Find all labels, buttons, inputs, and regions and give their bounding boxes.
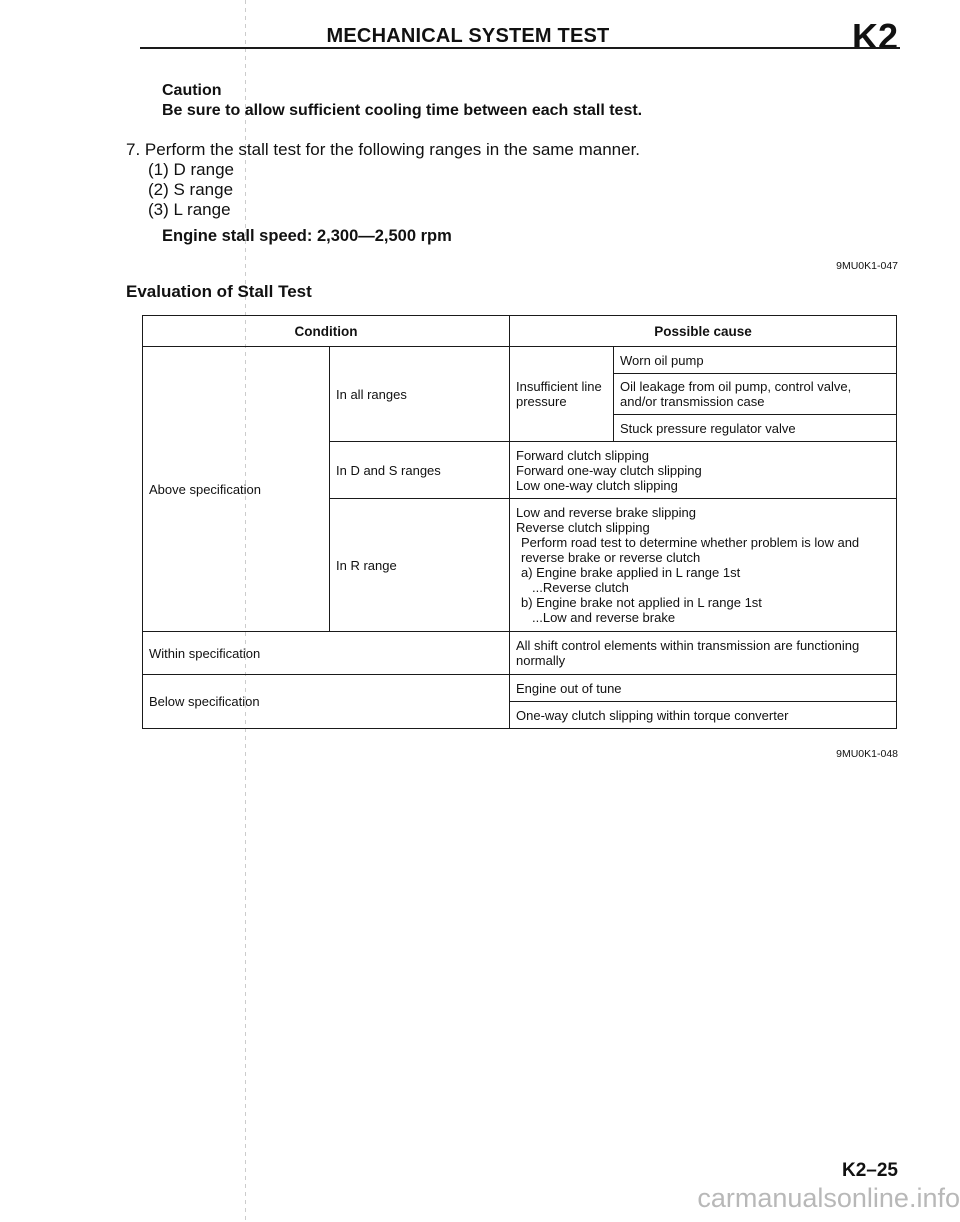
cause-line: a) Engine brake applied in L range 1st <box>516 565 890 580</box>
range-item: (3) L range <box>148 200 234 220</box>
header-divider <box>140 47 900 49</box>
cause-list-r: Low and reverse brake slipping Reverse c… <box>510 499 897 632</box>
section-title: Evaluation of Stall Test <box>126 282 312 302</box>
table-row: Below specification Engine out of tune <box>143 675 897 702</box>
cause-line: Low and reverse brake slipping <box>516 505 890 520</box>
range-item: (1) D range <box>148 160 234 180</box>
watermark: carmanualsonline.info <box>697 1183 960 1214</box>
cause-cell: One-way clutch slipping within torque co… <box>510 702 897 729</box>
cause-list-d-s: Forward clutch slipping Forward one-way … <box>510 442 897 499</box>
cause-line: Forward one-way clutch slipping <box>516 463 890 478</box>
cause-line: b) Engine brake not applied in L range 1… <box>516 595 890 610</box>
cause-cell: Oil leakage from oil pump, control valve… <box>614 374 897 415</box>
section-code: K2 <box>852 16 898 58</box>
cause-cell: Stuck pressure regulator valve <box>614 415 897 442</box>
cause-cell: Engine out of tune <box>510 675 897 702</box>
range-list: (1) D range (2) S range (3) L range <box>148 160 234 220</box>
cause-line: ...Low and reverse brake <box>516 610 890 625</box>
condition-r-range: In R range <box>330 499 510 632</box>
caution-heading: Caution <box>162 82 222 100</box>
header-condition: Condition <box>143 316 510 347</box>
cause-line: Reverse clutch slipping <box>516 520 890 535</box>
cause-group-line-pressure: Insufficient line pressure <box>510 347 614 442</box>
stall-speed-spec: Engine stall speed: 2,300—2,500 rpm <box>162 227 452 246</box>
cause-line: Perform road test to determine whether p… <box>516 535 890 550</box>
condition-d-s-ranges: In D and S ranges <box>330 442 510 499</box>
cause-line: reverse brake or reverse clutch <box>516 550 890 565</box>
condition-within: Within specification <box>143 632 510 675</box>
caution-text: Be sure to allow sufficient cooling time… <box>162 102 642 120</box>
range-item: (2) S range <box>148 180 234 200</box>
figure-id: 9MU0K1-047 <box>836 260 898 272</box>
cause-within: All shift control elements within transm… <box>510 632 897 675</box>
condition-below: Below specification <box>143 675 510 729</box>
header-possible-cause: Possible cause <box>510 316 897 347</box>
step-7-text: 7. Perform the stall test for the follow… <box>126 140 640 160</box>
cause-line: ...Reverse clutch <box>516 580 890 595</box>
table-header-row: Condition Possible cause <box>143 316 897 347</box>
cause-line: Forward clutch slipping <box>516 448 890 463</box>
page-header-title: MECHANICAL SYSTEM TEST <box>0 25 948 48</box>
figure-id: 9MU0K1-048 <box>836 748 898 760</box>
page-number: K2–25 <box>842 1160 898 1182</box>
condition-above: Above specification <box>143 347 330 632</box>
condition-all-ranges: In all ranges <box>330 347 510 442</box>
cause-cell: Worn oil pump <box>614 347 897 374</box>
table-row: Within specification All shift control e… <box>143 632 897 675</box>
cause-line: Low one-way clutch slipping <box>516 478 890 493</box>
stall-test-evaluation-table: Condition Possible cause Above specifica… <box>142 315 897 729</box>
table-row: Above specification In all ranges Insuff… <box>143 347 897 374</box>
